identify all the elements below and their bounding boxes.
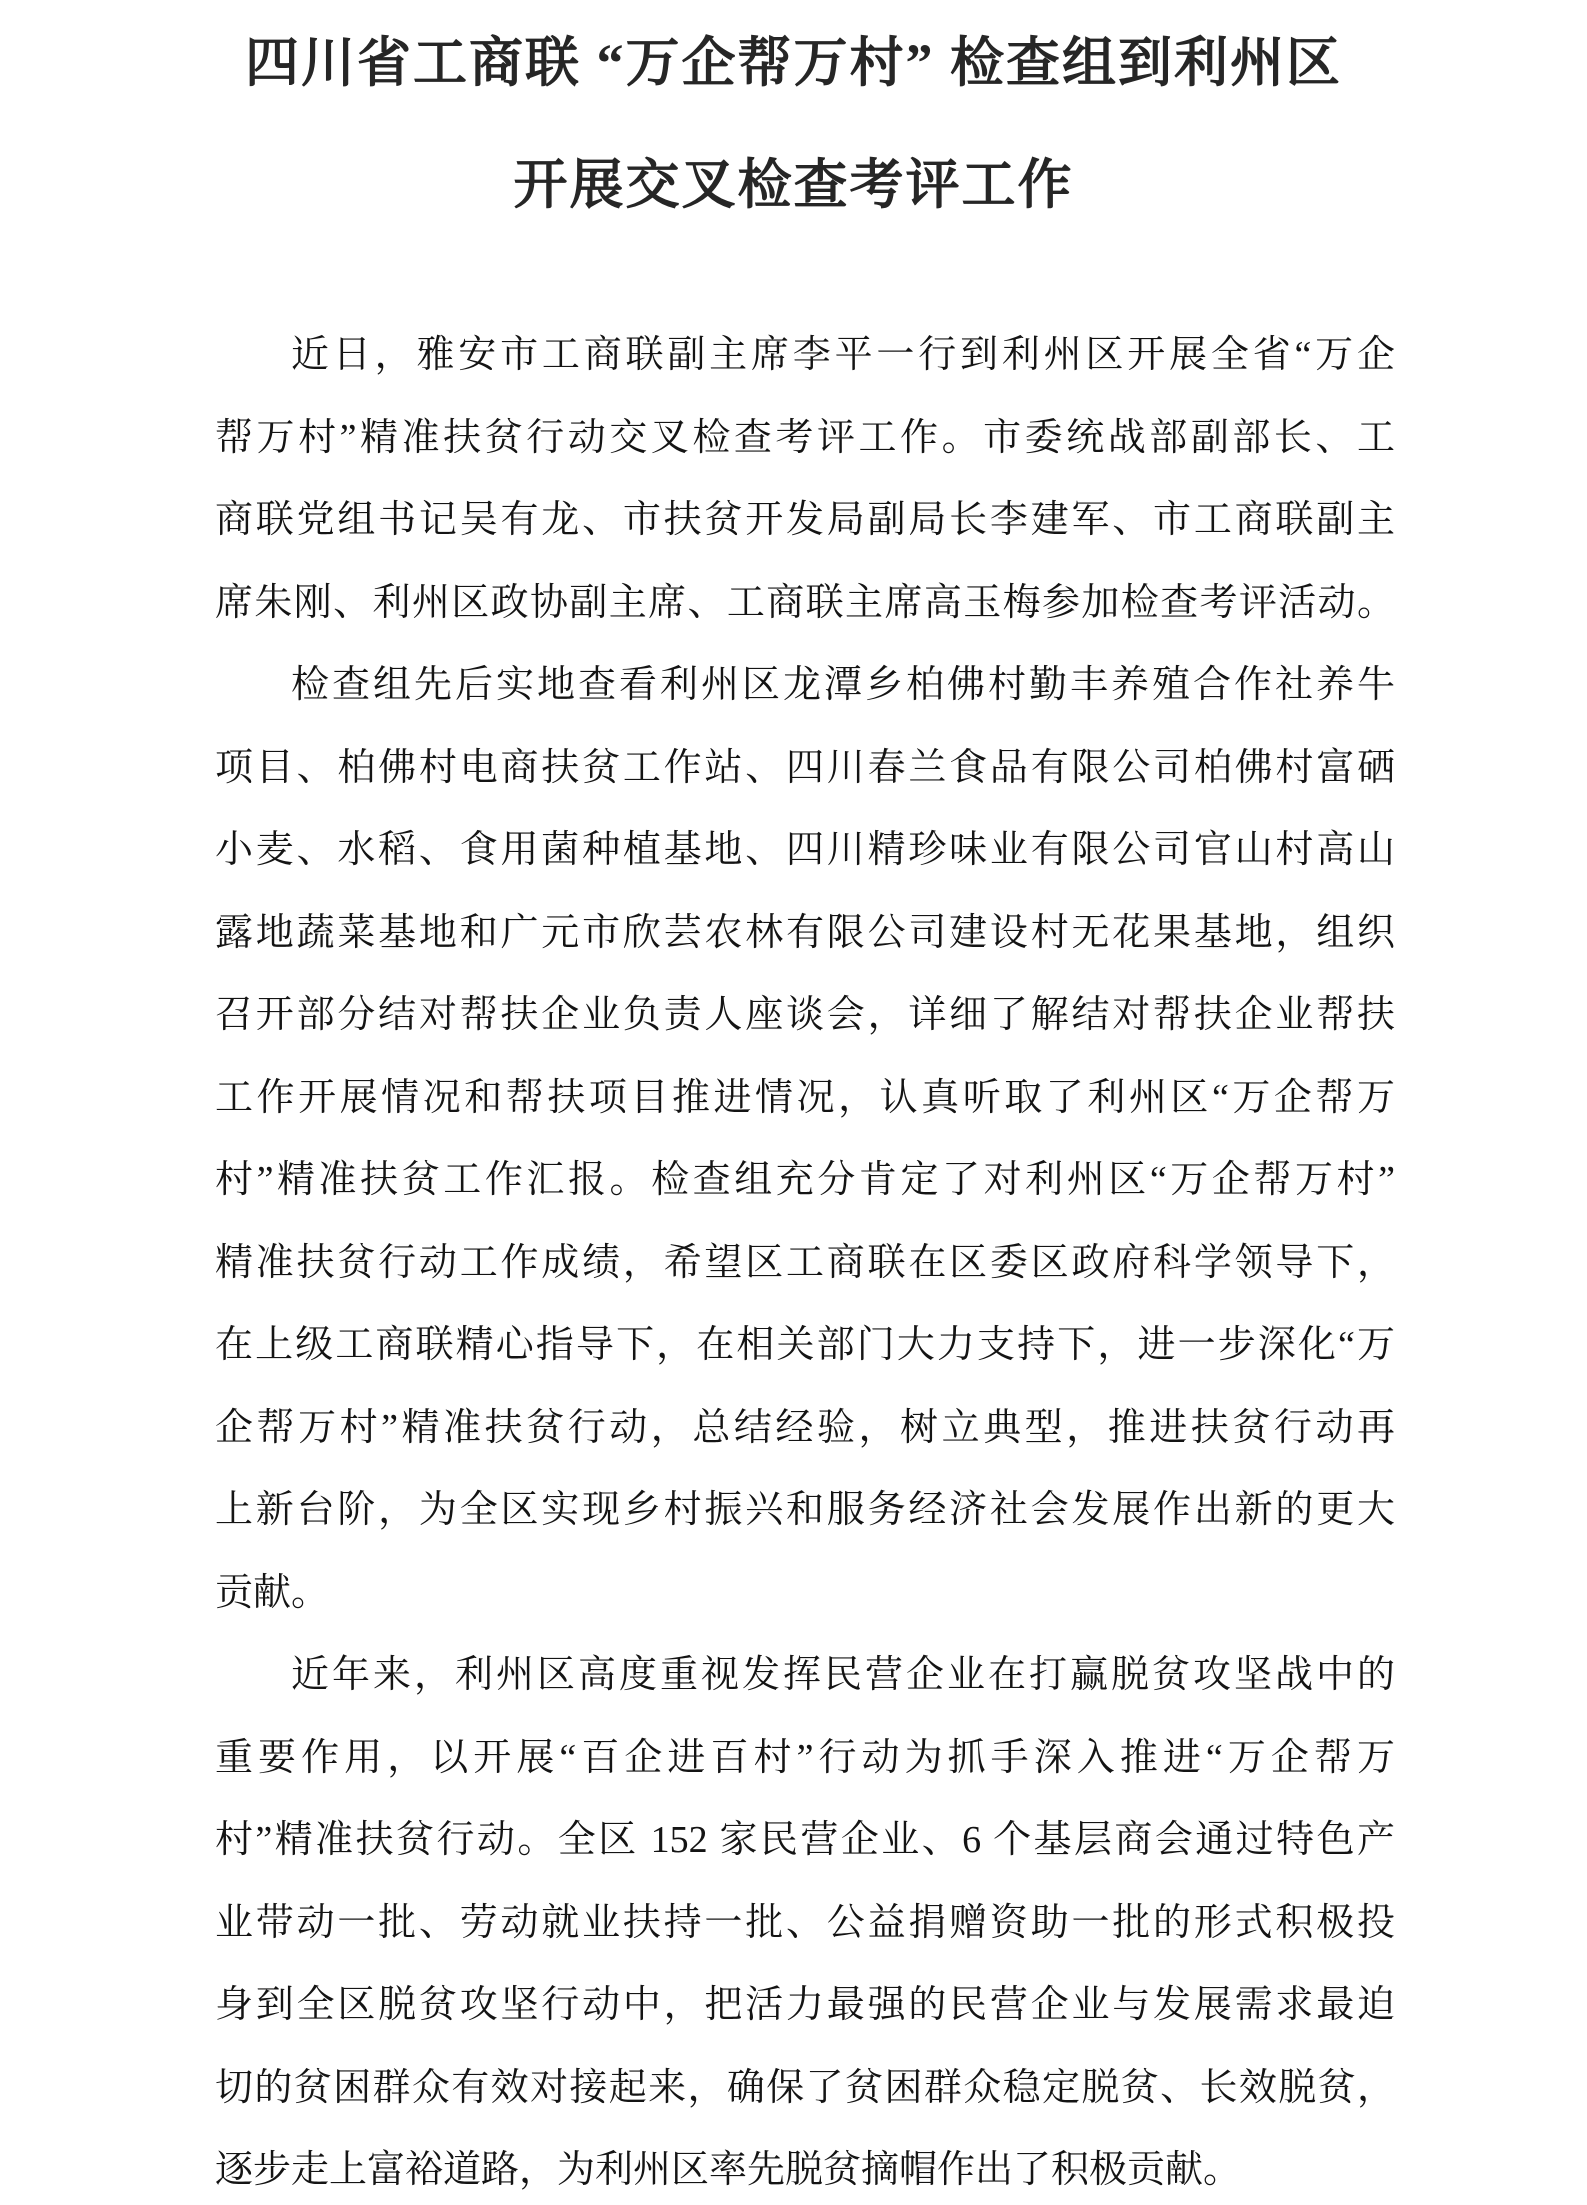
document-title: 四川省工商联 “万企帮万村” 检查组到利州区 开展交叉检查考评工作	[0, 0, 1587, 246]
text-line: 切的贫困群众有效对接起来，确保了贫困群众稳定脱贫、长效脱贫，	[215, 2047, 1395, 2130]
paragraph-3: 近年来，利州区高度重视发挥民营企业在打赢脱贫攻坚战中的 重要作用，以开展“百企进…	[215, 1634, 1395, 2205]
text-line: 工作开展情况和帮扶项目推进情况，认真听取了利州区“万企帮万	[215, 1057, 1395, 1140]
text-line: 项目、柏佛村电商扶贫工作站、四川春兰食品有限公司柏佛村富硒	[215, 727, 1395, 810]
text-line: 身到全区脱贫攻坚行动中，把活力最强的民营企业与发展需求最迫	[215, 1964, 1395, 2047]
document-page: 四川省工商联 “万企帮万村” 检查组到利州区 开展交叉检查考评工作 近日，雅安市…	[0, 0, 1587, 2205]
text-line: 席朱刚、利州区政协副主席、工商联主席高玉梅参加检查考评活动。	[215, 562, 1395, 645]
text-line: 检查组先后实地查看利州区龙潭乡柏佛村勤丰养殖合作社养牛	[215, 644, 1395, 727]
text-line: 近日，雅安市工商联副主席李平一行到利州区开展全省“万企	[215, 314, 1395, 397]
text-line: 村”精准扶贫工作汇报。检查组充分肯定了对利州区“万企帮万村”	[215, 1139, 1395, 1222]
text-line: 逐步走上富裕道路，为利州区率先脱贫摘帽作出了积极贡献。	[215, 2129, 1395, 2205]
paragraph-2: 检查组先后实地查看利州区龙潭乡柏佛村勤丰养殖合作社养牛 项目、柏佛村电商扶贫工作…	[215, 644, 1395, 1634]
document-title-line-1: 四川省工商联 “万企帮万村” 检查组到利州区	[0, 2, 1587, 124]
text-line: 贡献。	[215, 1552, 1395, 1635]
text-line: 商联党组书记吴有龙、市扶贫开发局副局长李建军、市工商联副主	[215, 479, 1395, 562]
text-line: 业带动一批、劳动就业扶持一批、公益捐赠资助一批的形式积极投	[215, 1882, 1395, 1965]
paragraph-1: 近日，雅安市工商联副主席李平一行到利州区开展全省“万企 帮万村”精准扶贫行动交叉…	[215, 314, 1395, 644]
document-title-line-2: 开展交叉检查考评工作	[0, 124, 1587, 246]
text-line: 帮万村”精准扶贫行动交叉检查考评工作。市委统战部副部长、工	[215, 397, 1395, 480]
text-line: 精准扶贫行动工作成绩，希望区工商联在区委区政府科学领导下，	[215, 1222, 1395, 1305]
text-line: 近年来，利州区高度重视发挥民营企业在打赢脱贫攻坚战中的	[215, 1634, 1395, 1717]
text-line: 露地蔬菜基地和广元市欣芸农林有限公司建设村无花果基地，组织	[215, 892, 1395, 975]
text-line: 在上级工商联精心指导下，在相关部门大力支持下，进一步深化“万	[215, 1304, 1395, 1387]
text-line: 上新台阶，为全区实现乡村振兴和服务经济社会发展作出新的更大	[215, 1469, 1395, 1552]
text-line: 召开部分结对帮扶企业负责人座谈会，详细了解结对帮扶企业帮扶	[215, 974, 1395, 1057]
text-line: 小麦、水稻、食用菌种植基地、四川精珍味业有限公司官山村高山	[215, 809, 1395, 892]
text-line: 重要作用，以开展“百企进百村”行动为抓手深入推进“万企帮万	[215, 1717, 1395, 1800]
document-body: 近日，雅安市工商联副主席李平一行到利州区开展全省“万企 帮万村”精准扶贫行动交叉…	[215, 314, 1395, 2205]
text-line: 企帮万村”精准扶贫行动，总结经验，树立典型，推进扶贫行动再	[215, 1387, 1395, 1470]
text-line: 村”精准扶贫行动。全区 152 家民营企业、6 个基层商会通过特色产	[215, 1799, 1395, 1882]
